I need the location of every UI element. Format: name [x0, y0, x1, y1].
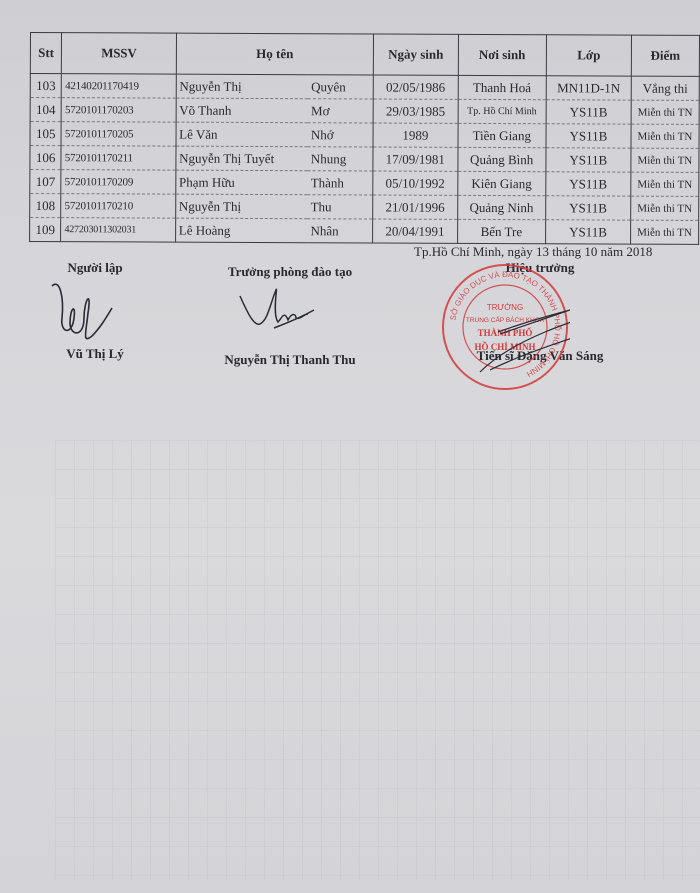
cell-stt: 109	[30, 218, 61, 242]
cell-noi-sinh: Kiên Giang	[457, 171, 545, 195]
cell-stt: 107	[30, 170, 61, 194]
cell-ngay-sinh: 20/04/1991	[373, 219, 458, 243]
stamp-line-4: HỒ CHÍ MINH	[474, 342, 535, 352]
header-ngay-sinh: Ngày sinh	[373, 34, 458, 75]
cell-mssv: 5720101170211	[61, 146, 175, 170]
table-row: 1075720101170209Phạm HữuThành05/10/1992K…	[30, 170, 699, 197]
signatory-name: Vũ Thị Lý	[40, 346, 150, 362]
table-row: 10342140201170419Nguyễn ThịQuyên02/05/19…	[30, 74, 699, 101]
cell-ngay-sinh: 29/03/1985	[373, 99, 458, 123]
table-row: 1085720101170210Nguyễn ThịThu21/01/1996Q…	[30, 194, 699, 221]
signature-training-head	[238, 284, 318, 334]
cell-ho: Nguyễn Thị Tuyết	[176, 146, 308, 171]
header-ho-ten: Họ tên	[176, 33, 374, 75]
cell-ho: Lê Văn	[176, 122, 308, 147]
header-noi-sinh: Nơi sinh	[458, 34, 547, 75]
cell-lop: YS11B	[546, 196, 631, 220]
signature-preparer	[48, 278, 128, 348]
cell-ngay-sinh: 17/09/1981	[373, 147, 458, 171]
header-stt: Stt	[30, 33, 61, 74]
cell-noi-sinh: Quảng Ninh	[457, 195, 545, 219]
document-page: Stt MSSV Họ tên Ngày sinh Nơi sinh Lớp Đ…	[0, 0, 700, 893]
cell-mssv: 5720101170205	[61, 122, 175, 146]
official-stamp: SỞ GIÁO DỤC VÀ ĐÀO TẠO THÀNH PHỐ HỒ CHÍ …	[440, 262, 570, 392]
cell-mssv: 427203011302031	[61, 218, 175, 242]
cell-diem: Miễn thi TN	[631, 100, 699, 124]
cell-ho: Phạm Hữu	[175, 170, 307, 195]
cell-ngay-sinh: 02/05/1986	[373, 75, 458, 99]
cell-ho: Võ Thanh	[176, 98, 308, 123]
place-date: Tp.Hồ Chí Minh, ngày 13 tháng 10 năm 201…	[414, 244, 652, 260]
table-row: 1065720101170211Nguyễn Thị TuyếtNhung17/…	[30, 146, 699, 173]
cell-ten: Nhớ	[308, 123, 373, 147]
cell-lop: MN11D-1N	[546, 76, 631, 100]
cell-stt: 108	[30, 194, 61, 218]
cell-ten: Thành	[308, 171, 373, 195]
cell-diem: Miễn thi TN	[631, 172, 699, 196]
cell-diem: Miễn thi TN	[631, 196, 699, 220]
stamp-line-1: TRƯỜNG	[487, 303, 523, 312]
table-header-row: Stt MSSV Họ tên Ngày sinh Nơi sinh Lớp Đ…	[30, 33, 699, 77]
cell-stt: 106	[30, 146, 61, 170]
cell-mssv: 42140201170419	[62, 74, 176, 98]
bleed-through-grid	[55, 440, 700, 880]
cell-noi-sinh: Thanh Hoá	[458, 75, 546, 99]
cell-lop: YS11B	[546, 148, 631, 172]
cell-lop: YS11B	[546, 100, 631, 124]
cell-noi-sinh: Tiền Giang	[458, 123, 546, 147]
cell-noi-sinh: Bến Tre	[457, 219, 545, 243]
cell-diem: Vắng thi	[631, 76, 699, 100]
header-lop: Lớp	[546, 35, 631, 76]
cell-ngay-sinh: 1989	[373, 123, 458, 147]
cell-noi-sinh: Tp. Hồ Chí Minh	[458, 99, 546, 123]
cell-lop: YS11B	[545, 220, 630, 244]
cell-ten: Nhân	[307, 219, 372, 243]
cell-stt: 104	[30, 98, 61, 122]
cell-diem: Miễn thi TN	[631, 124, 699, 148]
signatory-title: Trưởng phòng đào tạo	[210, 264, 370, 280]
cell-diem: Miễn thi TN	[631, 148, 699, 172]
cell-noi-sinh: Quảng Bình	[457, 147, 545, 171]
cell-mssv: 5720101170210	[61, 194, 175, 218]
table-row: 1055720101170205Lê VănNhớ1989Tiền GiangY…	[30, 122, 699, 149]
cell-ngay-sinh: 05/10/1992	[373, 171, 458, 195]
header-diem: Điểm	[631, 35, 699, 76]
cell-ho: Nguyễn Thị	[176, 74, 308, 99]
cell-ten: Mơ	[308, 99, 373, 123]
table-body: 10342140201170419Nguyễn ThịQuyên02/05/19…	[30, 74, 700, 245]
header-mssv: MSSV	[62, 33, 177, 74]
cell-lop: YS11B	[546, 172, 631, 196]
signatory-name: Nguyễn Thị Thanh Thu	[210, 352, 370, 368]
cell-ho: Nguyễn Thị	[175, 194, 307, 219]
cell-ho: Lê Hoàng	[175, 218, 307, 243]
cell-stt: 105	[30, 122, 61, 146]
cell-ngay-sinh: 21/01/1996	[373, 195, 458, 219]
cell-diem: Miễn thi TN	[630, 220, 698, 244]
table-row: 1045720101170203Võ ThanhMơ29/03/1985Tp. …	[30, 98, 699, 125]
signatory-title: Người lập	[40, 260, 150, 276]
cell-mssv: 5720101170209	[61, 170, 175, 194]
student-roster-table: Stt MSSV Họ tên Ngày sinh Nơi sinh Lớp Đ…	[29, 32, 700, 245]
cell-ten: Nhung	[308, 147, 373, 171]
cell-lop: YS11B	[546, 124, 631, 148]
cell-mssv: 5720101170203	[61, 98, 175, 122]
cell-ten: Thu	[308, 195, 373, 219]
table-row: 109427203011302031Lê HoàngNhân20/04/1991…	[30, 218, 699, 245]
cell-stt: 103	[30, 74, 61, 98]
cell-ten: Quyên	[308, 75, 373, 99]
